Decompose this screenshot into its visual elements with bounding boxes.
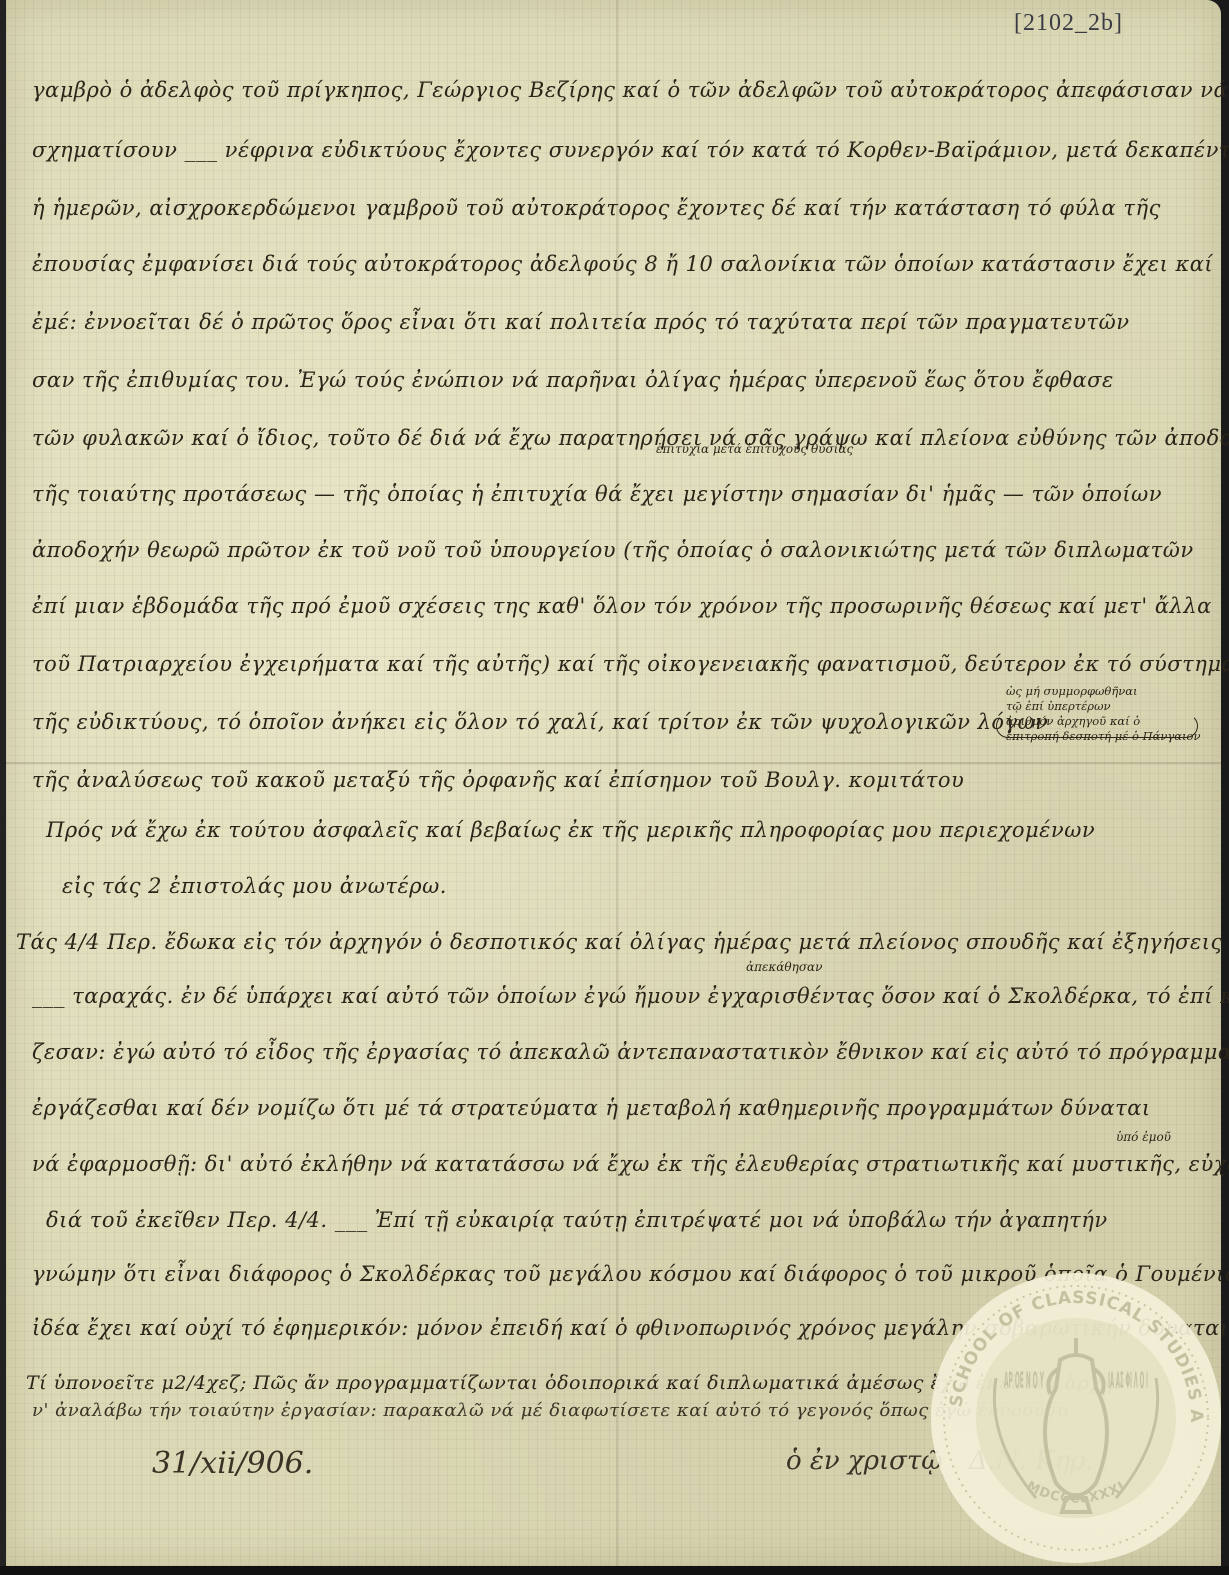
- letter-line-11: τοῦ Πατριαρχείου ἐγχειρήματα καί τῆς αὐτ…: [32, 652, 1229, 676]
- asca-seal-stamp: AMERICAN SCHOOL OF CLASSICAL STUDIES AT …: [926, 1268, 1226, 1568]
- seal-right-letters: ΙΑ ΑΣ ΦΙ Λ Ο Ι: [1108, 1369, 1148, 1394]
- letter-line-3: ἡ ἡμερῶν, αἰσχροκερδώμενοι γαμβροῦ τοῦ α…: [32, 196, 1161, 220]
- closing-salutation: ὁ ἐν χριστῷ: [786, 1446, 943, 1476]
- letter-line-8: τῆς τοιαύτης προτάσεως — τῆς ὁποίας ἡ ἐπ…: [32, 482, 1162, 506]
- letter-line-5: ἐμέ: ἐννοεῖται δέ ὁ πρῶτος ὅρος εἶναι ὅτ…: [32, 310, 1130, 334]
- seal-left-letters: ΑΡ ΟΕ Ν Ο Υ: [1004, 1369, 1044, 1394]
- manuscript-page: [2102_2b] γαμβρὸ ὁ ἀδελφὸς τοῦ πρίγκηπος…: [6, 0, 1221, 1566]
- letter-line-9: ἀποδοχήν θεωρῶ πρῶτον ἐκ τοῦ νοῦ τοῦ ὑπο…: [32, 538, 1194, 562]
- interlinear-note-3: ὑπό ἐμοῦ: [1116, 1130, 1171, 1144]
- letter-line-25: ν' ἀναλάβω τήν τοιαύτην ἐργασίαν: παρακα…: [32, 1400, 1070, 1421]
- letter-line-16: Τάς 4/4 Περ. ἔδωκα εἰς τόν ἀρχηγόν ὁ δεσ…: [16, 930, 1229, 954]
- letter-line-12: τῆς εὐδικτύους, τό ὁποῖον ἀνήκει εἰς ὅλο…: [32, 710, 1049, 734]
- letter-line-13: τῆς ἀναλύσεως τοῦ κακοῦ μεταξύ τῆς ὀρφαν…: [32, 768, 964, 792]
- scan-edge-left: [0, 0, 6, 1575]
- interlinear-note-2: ἀπεκάθησαν: [746, 960, 822, 974]
- letter-line-17: ___ ταραχάς. ἐν δέ ὑπάρχει καί αὐτό τῶν …: [32, 984, 1229, 1008]
- letter-line-14: Πρός νά ἔχω ἐκ τούτου ἀσφαλεῖς καί βεβαί…: [46, 818, 1095, 842]
- letter-line-21: διά τοῦ ἐκεῖθεν Περ. 4/4. ___ Ἐπί τῇ εὐκ…: [46, 1208, 1108, 1232]
- archive-reference: [2102_2b]: [1014, 10, 1123, 37]
- letter-line-18: ζεσαν: ἐγώ αὐτό τό εἶδος τῆς ἐργασίας τό…: [32, 1040, 1229, 1064]
- margin-note-bracket: [996, 714, 1198, 738]
- scan-edge-bottom: [0, 1566, 1229, 1575]
- letter-line-6: σαν τῆς ἐπιθυμίας του. Ἐγώ τούς ἐνώπιον …: [32, 368, 1114, 392]
- letter-date: 31/xii/906.: [152, 1446, 313, 1481]
- letter-line-2: σχηματίσουν ___ νέφρινα εὐδικτύους ἔχοντ…: [32, 138, 1229, 162]
- paper-fold-horizontal: [6, 762, 1221, 764]
- letter-line-10: ἐπί μιαν ἑβδομάδα τῆς πρό ἐμοῦ σχέσεις τ…: [32, 594, 1212, 618]
- margin-note-line-2: τῷ ἐπί ὑπερτέρων: [1006, 699, 1211, 714]
- letter-line-4: ἐπουσίας ἐμφανίσει διά τούς αὐτοκράτορος…: [32, 252, 1213, 276]
- letter-line-20: νά ἐφαρμοσθῇ: δι' αὐτό ἐκλήθην νά κατατά…: [32, 1152, 1229, 1176]
- interlinear-note-1: ἐπιτυχία μετά ἐπιτυχοῦς θυσίας: [656, 442, 853, 456]
- margin-note-line-1: ὡς μή συμμορφωθῆναι: [1006, 684, 1211, 699]
- letter-line-19: ἐργάζεσθαι καί δέν νομίζω ὅτι μέ τά στρα…: [32, 1096, 1151, 1120]
- letter-line-7: τῶν φυλακῶν καί ὁ ἴδιος, τοῦτο δέ διά νά…: [32, 426, 1229, 450]
- letter-line-15: εἰς τάς 2 ἐπιστολάς μου ἀνωτέρω.: [62, 874, 447, 898]
- letter-line-1: γαμβρὸ ὁ ἀδελφὸς τοῦ πρίγκηπος, Γεώργιος…: [32, 78, 1228, 102]
- margin-note: ὡς μή συμμορφωθῆναι τῷ ἐπί ὑπερτέρων ἀρι…: [1006, 684, 1211, 744]
